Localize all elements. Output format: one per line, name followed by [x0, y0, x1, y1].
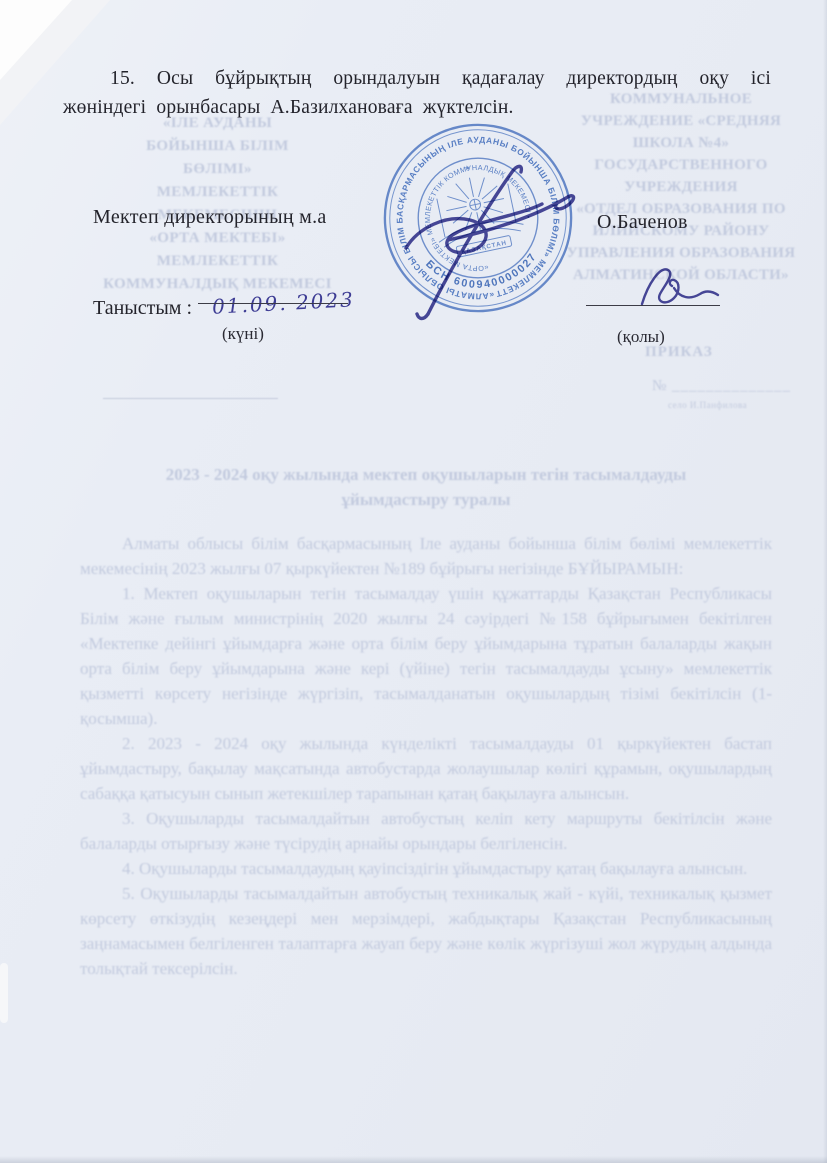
bleedthrough-line: БӨЛІМІ» [95, 158, 340, 181]
date-caption: (күні) [222, 324, 264, 344]
bleedthrough-item-paragraph: 5. Оқушыларды тасымалдайтын автобустың т… [80, 881, 772, 981]
director-name: О.Баченов [597, 211, 688, 234]
acknowledged-label: Таныстым : [93, 297, 192, 320]
bleedthrough-item-paragraph: 4. Оқушыларды тасымалдаудың қауіпсіздігі… [80, 856, 772, 881]
order-clause-15: 15. Осы бұйрықтың орындалуын қадағалау д… [63, 64, 771, 122]
bleedthrough-place-caption: село И.Панфилова [668, 400, 747, 410]
bleedthrough-item-paragraph: 1. Мектеп оқушыларын тегін тасымалдау үш… [80, 581, 772, 731]
director-signature-ink [390, 142, 602, 328]
scan-bottom-shadow [0, 1156, 827, 1163]
bleedthrough-line: МЕМЛЕКЕТТІК [95, 250, 340, 273]
bleedthrough-order-title: 2023 - 2024 оқу жылында мектеп оқушылары… [120, 462, 732, 512]
director-position-label: Мектеп директорының м.а [93, 206, 327, 229]
bleedthrough-item-paragraph: 3. Оқушыларды тасымалдайтын автобустың к… [80, 806, 772, 856]
bleedthrough-left-letterhead: «ІЛЕ АУДАНЫБОЙЫНША БІЛІМБӨЛІМІ»МЕМЛЕКЕТТ… [95, 112, 340, 296]
bleedthrough-item-paragraph: 2. 2023 - 2024 оқу жылында күнделікті та… [80, 731, 772, 806]
bleedthrough-left-rule [103, 398, 278, 399]
scanned-order-page: «ІЛЕ АУДАНЫБОЙЫНША БІЛІМБӨЛІМІ»МЕМЛЕКЕТТ… [0, 0, 827, 1163]
bleedthrough-line: БОЙЫНША БІЛІМ [95, 135, 340, 158]
secondary-signature-ink [628, 258, 732, 314]
bleedthrough-order-number-line: № ______________ [652, 378, 791, 395]
bleedthrough-intro-paragraph: Алматы облысы білім басқармасының Іле ау… [80, 531, 772, 581]
scan-edge-glint [0, 963, 8, 1023]
scan-right-shadow [823, 0, 827, 1163]
bleedthrough-order-body: 2023 - 2024 оқу жылында мектеп оқушылары… [80, 462, 772, 981]
date-underline [198, 303, 348, 304]
signature-caption: (қолы) [617, 327, 665, 347]
bleedthrough-line: «ОРТА МЕКТЕБІ» [95, 227, 340, 250]
